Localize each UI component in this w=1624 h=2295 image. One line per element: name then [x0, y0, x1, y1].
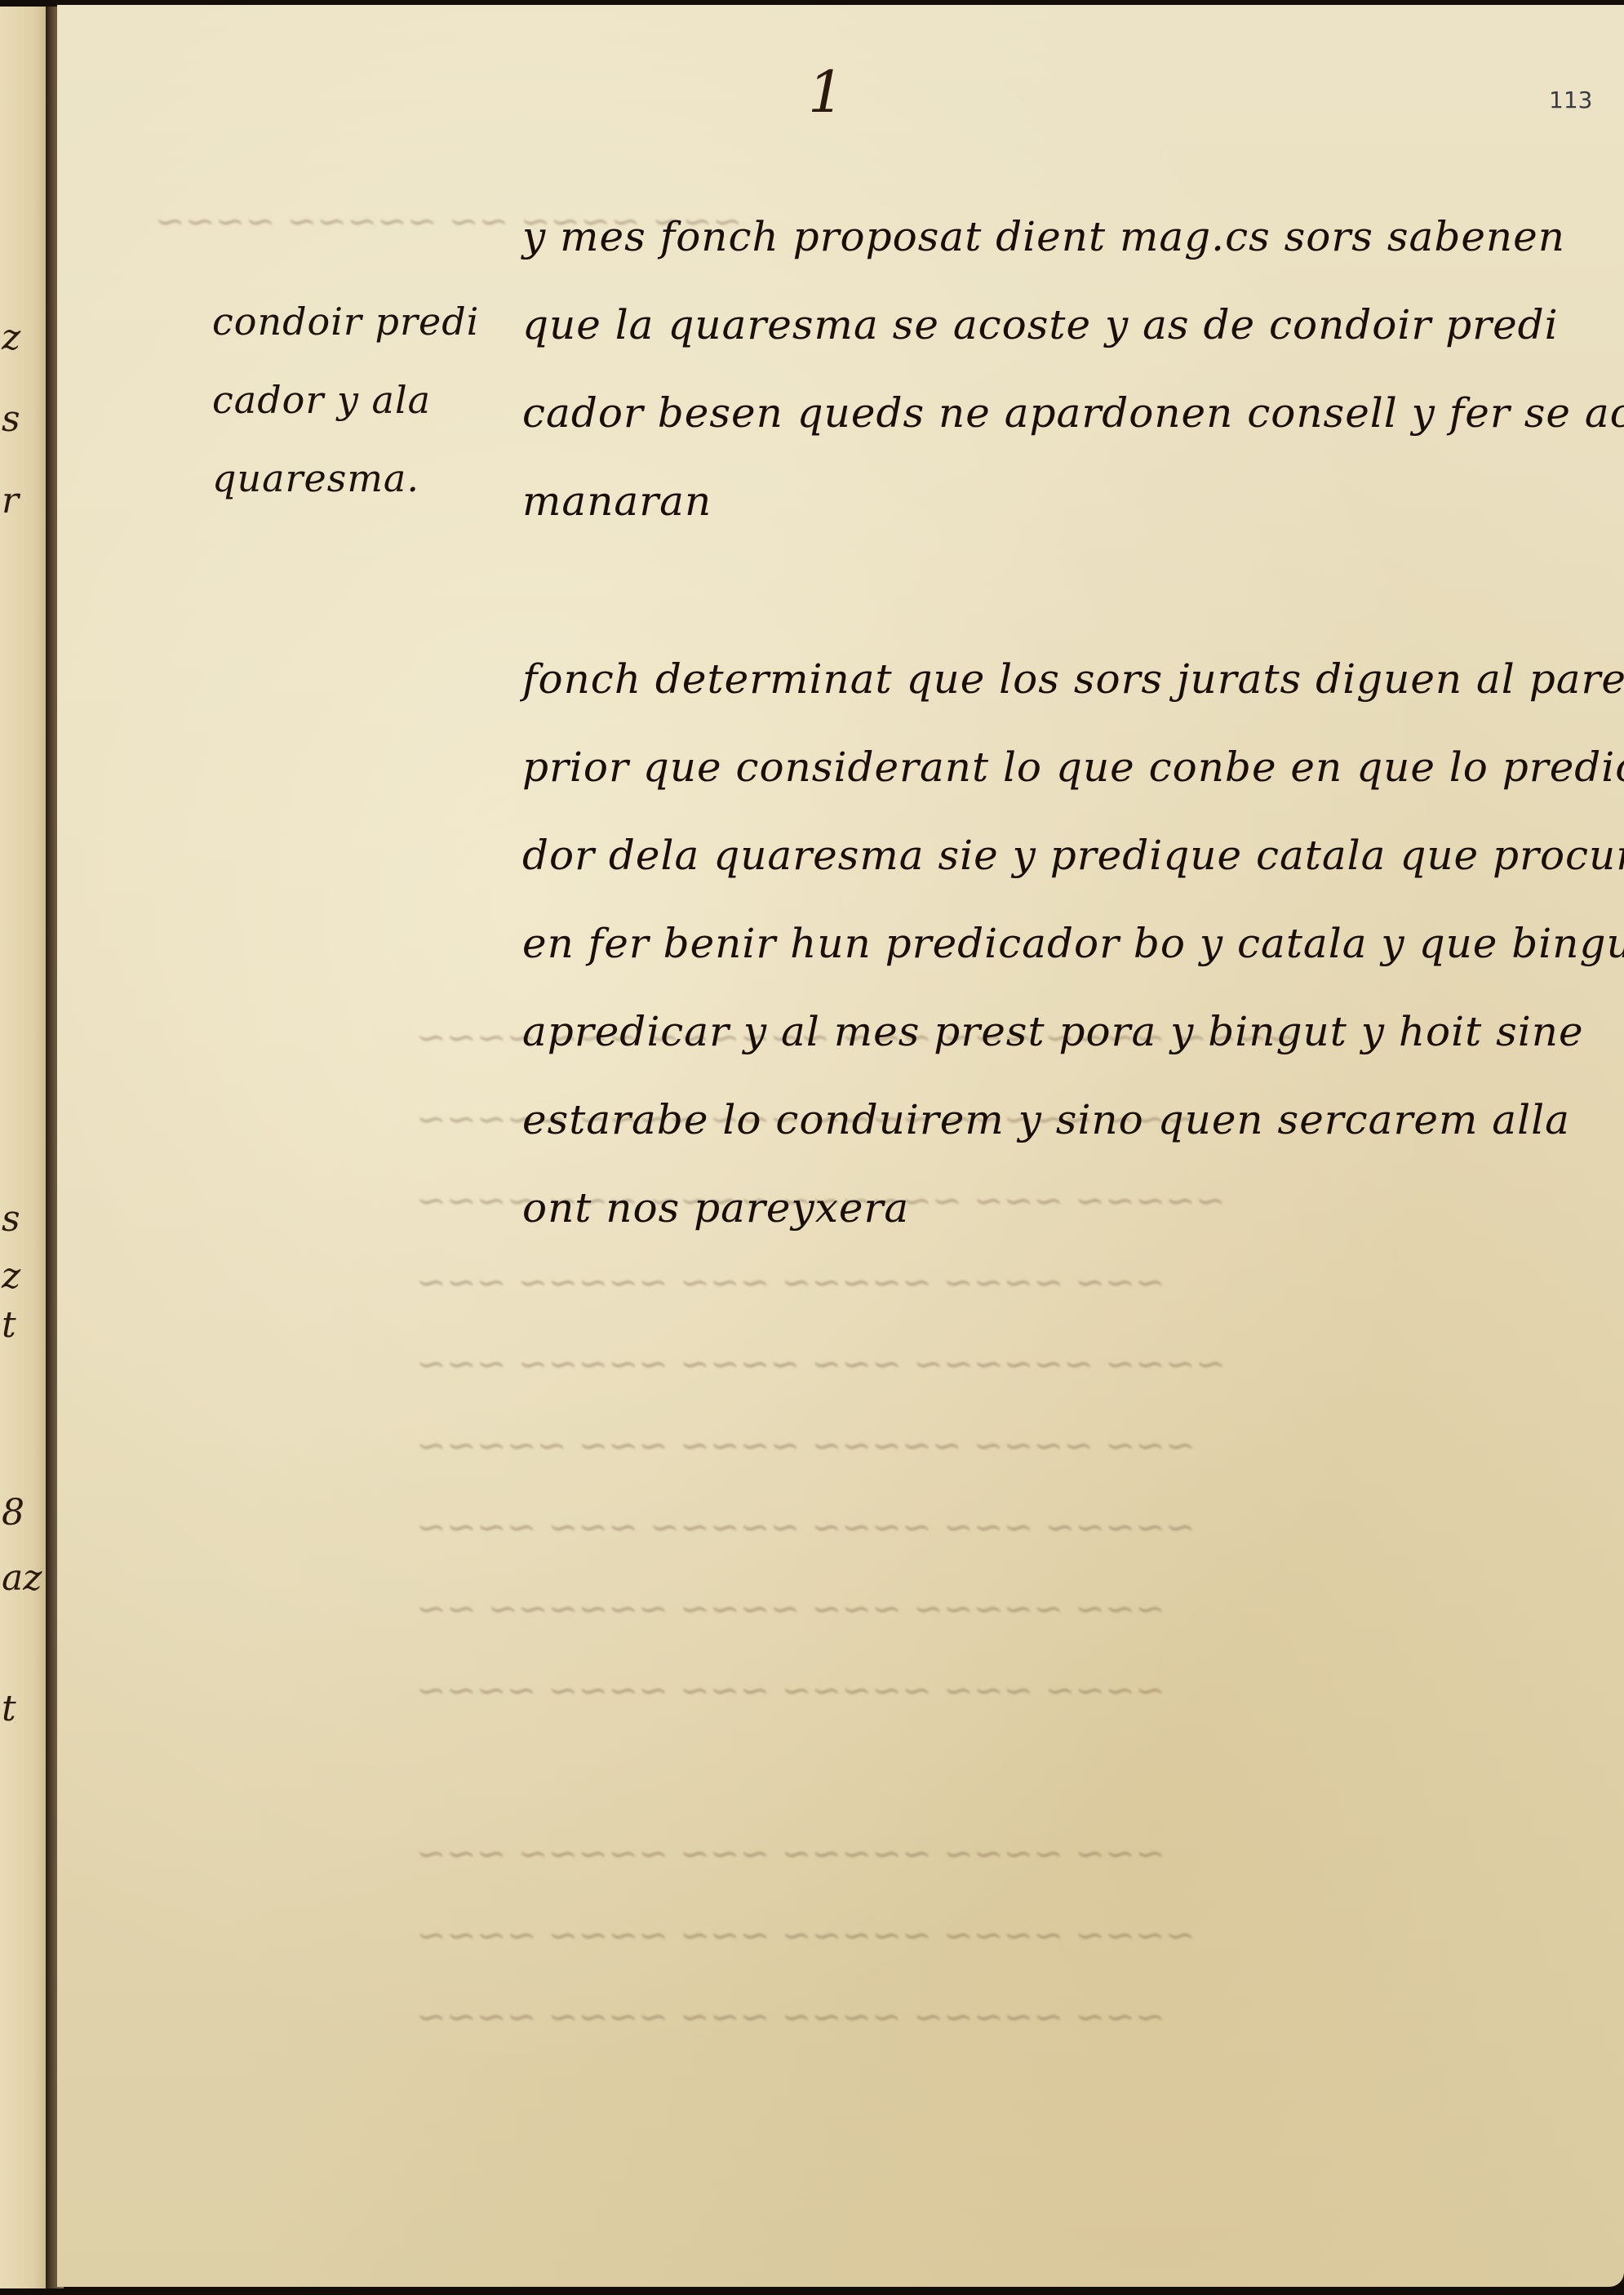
facing-page-fragment: 8 [2, 1492, 24, 1534]
margin-note-line: cador y ala [212, 361, 457, 439]
text-line: manaran [522, 457, 1624, 545]
facing-page-fragment: z [2, 317, 20, 358]
facing-page-fragment: t [2, 1304, 16, 1346]
catchword-mark: 1 [808, 59, 845, 126]
bleed-through-text: ∼∼∼∼∼ ∼∼∼ ∼∼∼∼ ∼∼∼∼∼ ∼∼∼ ∼∼∼∼ [416, 1507, 1196, 1548]
manuscript-page: ∼∼∼ ∼∼∼∼ ∼∼ ∼∼∼∼∼ ∼∼∼∼ ∼∼∼∼ ∼∼∼∼ ∼∼∼ ∼∼∼… [57, 5, 1624, 2287]
text-line: apredicar y al mes prest pora y bingut y… [522, 988, 1624, 1076]
bleed-through-text: ∼∼∼∼ ∼∼∼ ∼∼∼∼∼ ∼∼∼ ∼∼∼∼ ∼∼∼∼ [416, 1670, 1165, 1711]
bleed-through-text: ∼∼∼ ∼∼∼∼∼ ∼∼∼∼ ∼∼∼ ∼∼∼∼ ∼∼∼∼ [416, 1996, 1165, 2038]
text-line: ont nos pareyxera [522, 1164, 1624, 1252]
text-line: que la quaresma se acoste y as de condoi… [522, 281, 1624, 369]
bleed-through-text: ∼∼∼ ∼∼∼∼ ∼∼∼∼∼ ∼∼∼ ∼∼∼∼∼ ∼∼∼ [416, 1833, 1165, 1875]
margin-note-line: quaresma. [212, 439, 457, 517]
text-line: dor dela quaresma sie y predique catala … [522, 811, 1624, 899]
margin-note: condoir predi cador y ala quaresma. [212, 282, 457, 517]
bleed-through-text: ∼∼∼∼ ∼∼∼∼∼∼ ∼∼∼ ∼∼∼∼ ∼∼∼∼∼ ∼∼∼ [416, 1343, 1226, 1385]
bleed-through-text: ∼∼∼ ∼∼∼∼∼ ∼∼∼ ∼∼∼∼ ∼∼∼∼∼∼ ∼∼ [416, 1588, 1165, 1630]
bleed-through-text: ∼∼∼∼ ∼∼∼∼ ∼∼∼∼∼ ∼∼∼ ∼∼∼∼ ∼∼∼∼ [416, 1915, 1196, 1956]
main-text-body: y mes fonch proposat dient mag.cs sors s… [522, 193, 1624, 1252]
facing-page-fragment: r [2, 480, 19, 522]
facing-page-fragment: z [2, 1255, 20, 1297]
bleed-through-text: ∼∼∼ ∼∼∼∼ ∼∼∼∼∼ ∼∼∼ ∼∼∼∼∼ ∼∼∼ [416, 1262, 1165, 1303]
facing-page-fragment: az [2, 1557, 42, 1599]
bleed-through-text: ∼∼∼ ∼∼∼∼ ∼∼∼∼∼ ∼∼∼∼ ∼∼∼ ∼∼∼∼∼ [416, 1425, 1196, 1467]
facing-page-fragment: s [2, 398, 20, 440]
facing-page-fragment: t [2, 1688, 16, 1729]
margin-note-line: condoir predi [212, 282, 457, 361]
text-line: y mes fonch proposat dient mag.cs sors s… [522, 193, 1624, 281]
text-line: fonch determinat que los sors jurats dig… [522, 635, 1624, 723]
paragraph-2: fonch determinat que los sors jurats dig… [522, 635, 1624, 1252]
text-line: estarabe lo conduirem y sino quen sercar… [522, 1076, 1624, 1164]
facing-page-edge: z s r s z t 8 az t [0, 7, 47, 2288]
folio-number: 113 [1549, 87, 1592, 113]
text-line: en fer benir hun predicador bo y catala … [522, 899, 1624, 988]
facing-page-fragment: s [2, 1198, 20, 1240]
paragraph-gap [522, 545, 1624, 635]
text-line: cador besen queds ne apardonen consell y… [522, 369, 1624, 457]
paragraph-1: y mes fonch proposat dient mag.cs sors s… [522, 193, 1624, 545]
text-line: prior que considerant lo que conbe en qu… [522, 723, 1624, 811]
